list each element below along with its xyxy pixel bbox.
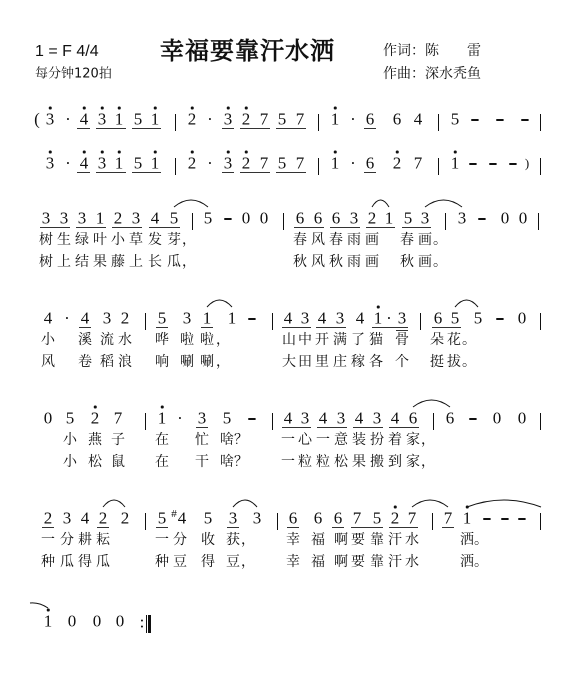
score-body: (3·431512·327571·6645---3·431512·327571·… [0, 0, 582, 682]
hold-dash: - [520, 111, 530, 128]
barline [433, 413, 434, 430]
beam-underline [287, 527, 299, 528]
lyric-char: 分 [60, 533, 74, 547]
lyric-char: 了 [351, 333, 365, 347]
hold-dash: - [470, 111, 480, 128]
note: 3 [46, 111, 55, 128]
lyric-char: 燕 [88, 433, 102, 447]
note: 3 [103, 310, 112, 327]
note: 5 [278, 155, 287, 172]
note: 4 [151, 210, 160, 227]
lyric-char: 瓜 [60, 555, 74, 569]
hold-dash: - [247, 410, 257, 427]
hold-dash: - [482, 510, 492, 527]
hold-dash: - [477, 210, 487, 227]
note: 4 [178, 510, 187, 527]
lyric-char: 上 [129, 255, 143, 269]
note: 7 [114, 410, 123, 427]
lyric-char: 秋 [293, 255, 307, 269]
lyric-char: 藤 [111, 255, 125, 269]
lyric-char: 着 [388, 433, 402, 447]
beam-underline [132, 128, 161, 129]
lyric-char: 拔 [447, 355, 461, 369]
lyric-char: 装 [352, 433, 366, 447]
barline [283, 213, 284, 230]
lyric-char: 靠 [370, 555, 384, 569]
lyric-char: 中 [298, 333, 312, 347]
barline [272, 413, 273, 430]
lyric-char: 一 [155, 533, 169, 547]
lyric-char: 长 [148, 255, 162, 269]
lyric-char: 。 [474, 533, 488, 547]
note: 3 [42, 210, 51, 227]
note: 2 [99, 510, 108, 527]
rest: 0 [116, 613, 125, 630]
note: 7 [296, 155, 305, 172]
lyric-char: 幸 [286, 533, 300, 547]
beam-underline [316, 327, 346, 328]
lyric-char: 福 [311, 533, 325, 547]
beam-underline [294, 227, 324, 228]
augmentation-dot: · [386, 310, 392, 327]
note: 4 [81, 310, 90, 327]
note: 3 [63, 510, 72, 527]
lyric-char: 。 [462, 333, 476, 347]
hold-dash: - [517, 510, 527, 527]
lyric-char: 绿 [75, 233, 89, 247]
lyric-char: ， [182, 255, 196, 269]
sheet-music-page: 1 = F 4/4 每分钟120拍 幸福要靠汗水洒 作词：陈 雷 作曲：深水秃鱼… [0, 0, 582, 682]
lyric-char: 画 [365, 255, 379, 269]
lyric-char: 画 [365, 233, 379, 247]
lyric-char: ， [241, 533, 255, 547]
note: 6 [446, 410, 455, 427]
lyric-char: 春 [329, 233, 343, 247]
barline [540, 313, 541, 330]
lyric-char: 在 [155, 455, 169, 469]
beam-underline [353, 427, 383, 428]
beam-underline [77, 172, 90, 173]
note: 5 [373, 510, 382, 527]
note: 5 [158, 310, 167, 327]
barline [277, 513, 278, 530]
note: 3 [46, 155, 55, 172]
beam-underline [402, 227, 431, 228]
lyric-char: 水 [405, 533, 419, 547]
lyric-char: 满 [333, 333, 347, 347]
lyric-char: 画 [418, 255, 432, 269]
lyric-char: 画 [418, 233, 432, 247]
note: 3 [421, 210, 430, 227]
lyric-char: 发 [148, 233, 162, 247]
note: 2 [114, 210, 123, 227]
lyric-char: 在 [155, 433, 169, 447]
lyric-char: 小 [63, 433, 77, 447]
lyric-char: 风 [311, 233, 325, 247]
beam-underline [442, 527, 454, 528]
barline [175, 114, 176, 131]
lyric-char: 扮 [370, 433, 384, 447]
hold-dash: - [468, 410, 478, 427]
beam-underline [40, 227, 70, 228]
lyric-char: 唰 [200, 355, 214, 369]
beam-underline [42, 527, 54, 528]
lyric-char: 卷 [78, 355, 92, 369]
note: 3 [78, 210, 87, 227]
repeat-dots: : [140, 614, 145, 631]
augmentation-dot: · [207, 155, 213, 172]
barline [438, 158, 439, 175]
beam-underline [156, 327, 168, 328]
note: 6 [393, 111, 402, 128]
note: 3 [336, 310, 345, 327]
lyric-char: 树 [39, 233, 53, 247]
note: 3 [337, 410, 346, 427]
beam-underline [276, 172, 306, 173]
rest: 0 [519, 210, 528, 227]
note: 2 [242, 111, 251, 128]
beam-underline [282, 327, 311, 328]
rest: 0 [93, 613, 102, 630]
lyric-char: 豆 [226, 555, 240, 569]
augmentation-dot: · [65, 111, 71, 128]
beam-underline [389, 527, 418, 528]
beam-underline [432, 327, 461, 328]
beam-underline [240, 172, 270, 173]
lyric-char: 结 [75, 255, 89, 269]
note: 6 [434, 310, 443, 327]
note: 6 [334, 510, 343, 527]
note: 1 [115, 155, 124, 172]
note: 3 [253, 510, 262, 527]
lyric-char: 分 [173, 533, 187, 547]
rest: 0 [44, 410, 53, 427]
rest: 0 [493, 410, 502, 427]
lyric-char: 田 [298, 355, 312, 369]
note: 3 [60, 210, 69, 227]
note: 1 [96, 210, 105, 227]
note: 2 [368, 210, 377, 227]
lyric-char: 靠 [370, 533, 384, 547]
note: 5 [158, 510, 167, 527]
lyric-char: 水 [118, 333, 132, 347]
note: 2 [121, 510, 130, 527]
hold-dash: - [495, 111, 505, 128]
lyric-char: 猫 [369, 333, 383, 347]
lyric-char: 收 [201, 533, 215, 547]
lyric-char: ？ [234, 455, 248, 469]
barline [438, 114, 439, 131]
lyric-char: ， [241, 555, 255, 569]
note: 5 [66, 410, 75, 427]
note: 3 [350, 210, 359, 227]
lyric-char: ， [421, 455, 435, 469]
note: 3 [229, 510, 238, 527]
lyric-char: 瓜 [96, 555, 110, 569]
barline [145, 313, 146, 330]
note: 3 [183, 310, 192, 327]
lyric-char: 心 [298, 433, 312, 447]
lyric-char: 松 [334, 455, 348, 469]
lyric-char: 家 [406, 455, 420, 469]
beam-underline [389, 427, 419, 428]
lyric-char: 挺 [430, 355, 444, 369]
note: 2 [393, 155, 402, 172]
barline [318, 114, 319, 131]
beam-underline [77, 128, 90, 129]
lyric-char: 各 [369, 355, 383, 369]
lyric-char: ， [182, 233, 196, 247]
lyric-char: 雨 [347, 233, 361, 247]
note: 1 [44, 613, 53, 630]
lyric-char: 里 [315, 355, 329, 369]
hold-dash: - [508, 155, 518, 172]
note: 5 [278, 111, 287, 128]
hold-dash: - [223, 210, 233, 227]
rest: 0 [518, 410, 527, 427]
barline [540, 114, 541, 131]
lyric-char: ， [216, 333, 230, 347]
note: 4 [81, 510, 90, 527]
lyric-char: 响 [155, 355, 169, 369]
note: 5 [204, 210, 213, 227]
lyric-char: 山 [282, 333, 296, 347]
lyric-char: 雨 [347, 255, 361, 269]
lyric-char: 生 [57, 233, 71, 247]
lyric-char: 松 [88, 455, 102, 469]
barline [540, 413, 541, 430]
barline [272, 313, 273, 330]
beam-underline [351, 527, 383, 528]
note: 6 [366, 155, 375, 172]
note: 1 [115, 111, 124, 128]
lyric-char: 耘 [96, 533, 110, 547]
note: 1 [331, 155, 340, 172]
lyric-char: 风 [41, 355, 55, 369]
note: 2 [91, 410, 100, 427]
note: 3 [398, 310, 407, 327]
note: 3 [458, 210, 467, 227]
augmentation-dot: · [65, 155, 71, 172]
note: 6 [296, 210, 305, 227]
lyric-char: ？ [234, 433, 248, 447]
lyric-char: 唰 [180, 355, 194, 369]
barline [432, 513, 433, 530]
note: 5 [134, 111, 143, 128]
lyric-char: 鼠 [111, 455, 125, 469]
lyric-char: 一 [281, 433, 295, 447]
note: 4 [319, 410, 328, 427]
note: 5 [223, 410, 232, 427]
note: 1 [158, 410, 167, 427]
beam-underline [76, 227, 106, 228]
paren-close: ) [525, 155, 529, 172]
lyric-char: 一 [316, 433, 330, 447]
note: 5 [474, 310, 483, 327]
note: 7 [296, 111, 305, 128]
beam-underline [317, 427, 347, 428]
lyric-char: 小 [41, 333, 55, 347]
note: 4 [80, 155, 89, 172]
lyric-char: 要 [351, 533, 365, 547]
note: 3 [98, 155, 107, 172]
beam-underline [240, 128, 270, 129]
beam-underline [364, 172, 376, 173]
lyric-char: 子 [111, 433, 125, 447]
note: 4 [284, 310, 293, 327]
beam-underline [276, 128, 306, 129]
note: 7 [260, 155, 269, 172]
hold-dash: - [495, 310, 505, 327]
note: 2 [242, 155, 251, 172]
lyric-char: 啊 [334, 555, 348, 569]
lyric-char: 啥 [220, 455, 234, 469]
beam-underline [330, 227, 360, 228]
lyric-char: 福 [311, 555, 325, 569]
barline [145, 413, 146, 430]
beam-underline [222, 128, 234, 129]
lyric-char: 。 [433, 255, 447, 269]
note: 5 [404, 210, 413, 227]
note: 2 [188, 155, 197, 172]
augmentation-dot: · [350, 111, 356, 128]
note: 6 [332, 210, 341, 227]
note: 4 [356, 310, 365, 327]
lyric-char: 朵 [430, 333, 444, 347]
note: 3 [224, 155, 233, 172]
note: 1 [451, 155, 460, 172]
beam-underline [97, 527, 109, 528]
lyric-char: 到 [388, 455, 402, 469]
rest: 0 [260, 210, 269, 227]
lyric-char: 耕 [78, 533, 92, 547]
paren-open: ( [34, 111, 40, 128]
lyric-char: 豆 [173, 555, 187, 569]
beam-underline [149, 227, 180, 228]
lyric-char: 。 [462, 355, 476, 369]
note: 5 [451, 111, 460, 128]
note: 3 [373, 410, 382, 427]
lyric-char: 种 [41, 555, 55, 569]
note: 5 [134, 155, 143, 172]
hold-dash: - [468, 155, 478, 172]
beam-underline-second [396, 330, 408, 331]
lyric-char: 小 [63, 455, 77, 469]
lyric-char: 意 [334, 433, 348, 447]
rest: 0 [68, 613, 77, 630]
lyric-char: 芽 [167, 233, 181, 247]
lyric-char: 个 [395, 355, 409, 369]
hold-dash: - [488, 155, 498, 172]
lyric-char: 汗 [388, 555, 402, 569]
lyric-char: 洒 [460, 533, 474, 547]
augmentation-dot: · [350, 155, 356, 172]
lyric-char: 干 [195, 455, 209, 469]
lyric-char: 汗 [388, 533, 402, 547]
lyric-char: 获 [226, 533, 240, 547]
note: 4 [80, 111, 89, 128]
lyric-char: 啦 [180, 333, 194, 347]
note: 3 [132, 210, 141, 227]
augmentation-dot: · [64, 310, 70, 327]
note: 7 [260, 111, 269, 128]
barline [420, 313, 421, 330]
note: 5 [170, 210, 179, 227]
note: 4 [355, 410, 364, 427]
lyric-char: ， [421, 433, 435, 447]
lyric-char: 果 [93, 255, 107, 269]
note: 4 [284, 410, 293, 427]
note: 7 [414, 155, 423, 172]
lyric-char: 瓜 [167, 255, 181, 269]
lyric-char: 秋 [400, 255, 414, 269]
note: 2 [188, 111, 197, 128]
note: 2 [121, 310, 130, 327]
lyric-char: 家 [406, 433, 420, 447]
lyric-char: 树 [39, 255, 53, 269]
lyric-char: 一 [41, 533, 55, 547]
beam-underline [332, 527, 344, 528]
note: 6 [289, 510, 298, 527]
lyric-char: 一 [281, 455, 295, 469]
beam-underline [372, 327, 408, 328]
beam-underline [132, 172, 161, 173]
note: 3 [301, 310, 310, 327]
lyric-char: 啊 [334, 533, 348, 547]
note: 6 [409, 410, 418, 427]
beam-underline [96, 128, 126, 129]
barline [538, 213, 539, 230]
hold-dash: - [500, 510, 510, 527]
lyric-char: 上 [57, 255, 71, 269]
barline [540, 158, 541, 175]
lyric-char: 水 [405, 555, 419, 569]
barline [445, 213, 446, 230]
note: 7 [408, 510, 417, 527]
repeat-end-thick-barline [148, 615, 151, 633]
beam-underline [366, 227, 395, 228]
note: 1 [385, 210, 394, 227]
note: 4 [318, 310, 327, 327]
barline [318, 158, 319, 175]
beam-underline [282, 427, 311, 428]
lyric-char: 春 [400, 233, 414, 247]
lyric-char: 庄 [333, 355, 347, 369]
note: 6 [314, 210, 323, 227]
lyric-char: 得 [78, 555, 92, 569]
sharp-sign: # [171, 510, 177, 520]
barline [540, 513, 541, 530]
note: 6 [314, 510, 323, 527]
lyric-char: 小 [111, 233, 125, 247]
repeat-end-thin-barline [146, 615, 147, 633]
lyric-char: 果 [352, 455, 366, 469]
beam-underline [96, 172, 126, 173]
note: 3 [301, 410, 310, 427]
note: 1 [151, 111, 160, 128]
lyric-char: 哗 [155, 333, 169, 347]
barline [145, 513, 146, 530]
lyric-char: 春 [293, 233, 307, 247]
lyric-char: 溪 [78, 333, 92, 347]
lyric-char: 粒 [316, 455, 330, 469]
lyric-char: 得 [201, 555, 215, 569]
lyric-char: 稻 [100, 355, 114, 369]
note: 5 [451, 310, 460, 327]
note: 3 [224, 111, 233, 128]
augmentation-dot: · [177, 410, 183, 427]
note: 1 [228, 310, 237, 327]
